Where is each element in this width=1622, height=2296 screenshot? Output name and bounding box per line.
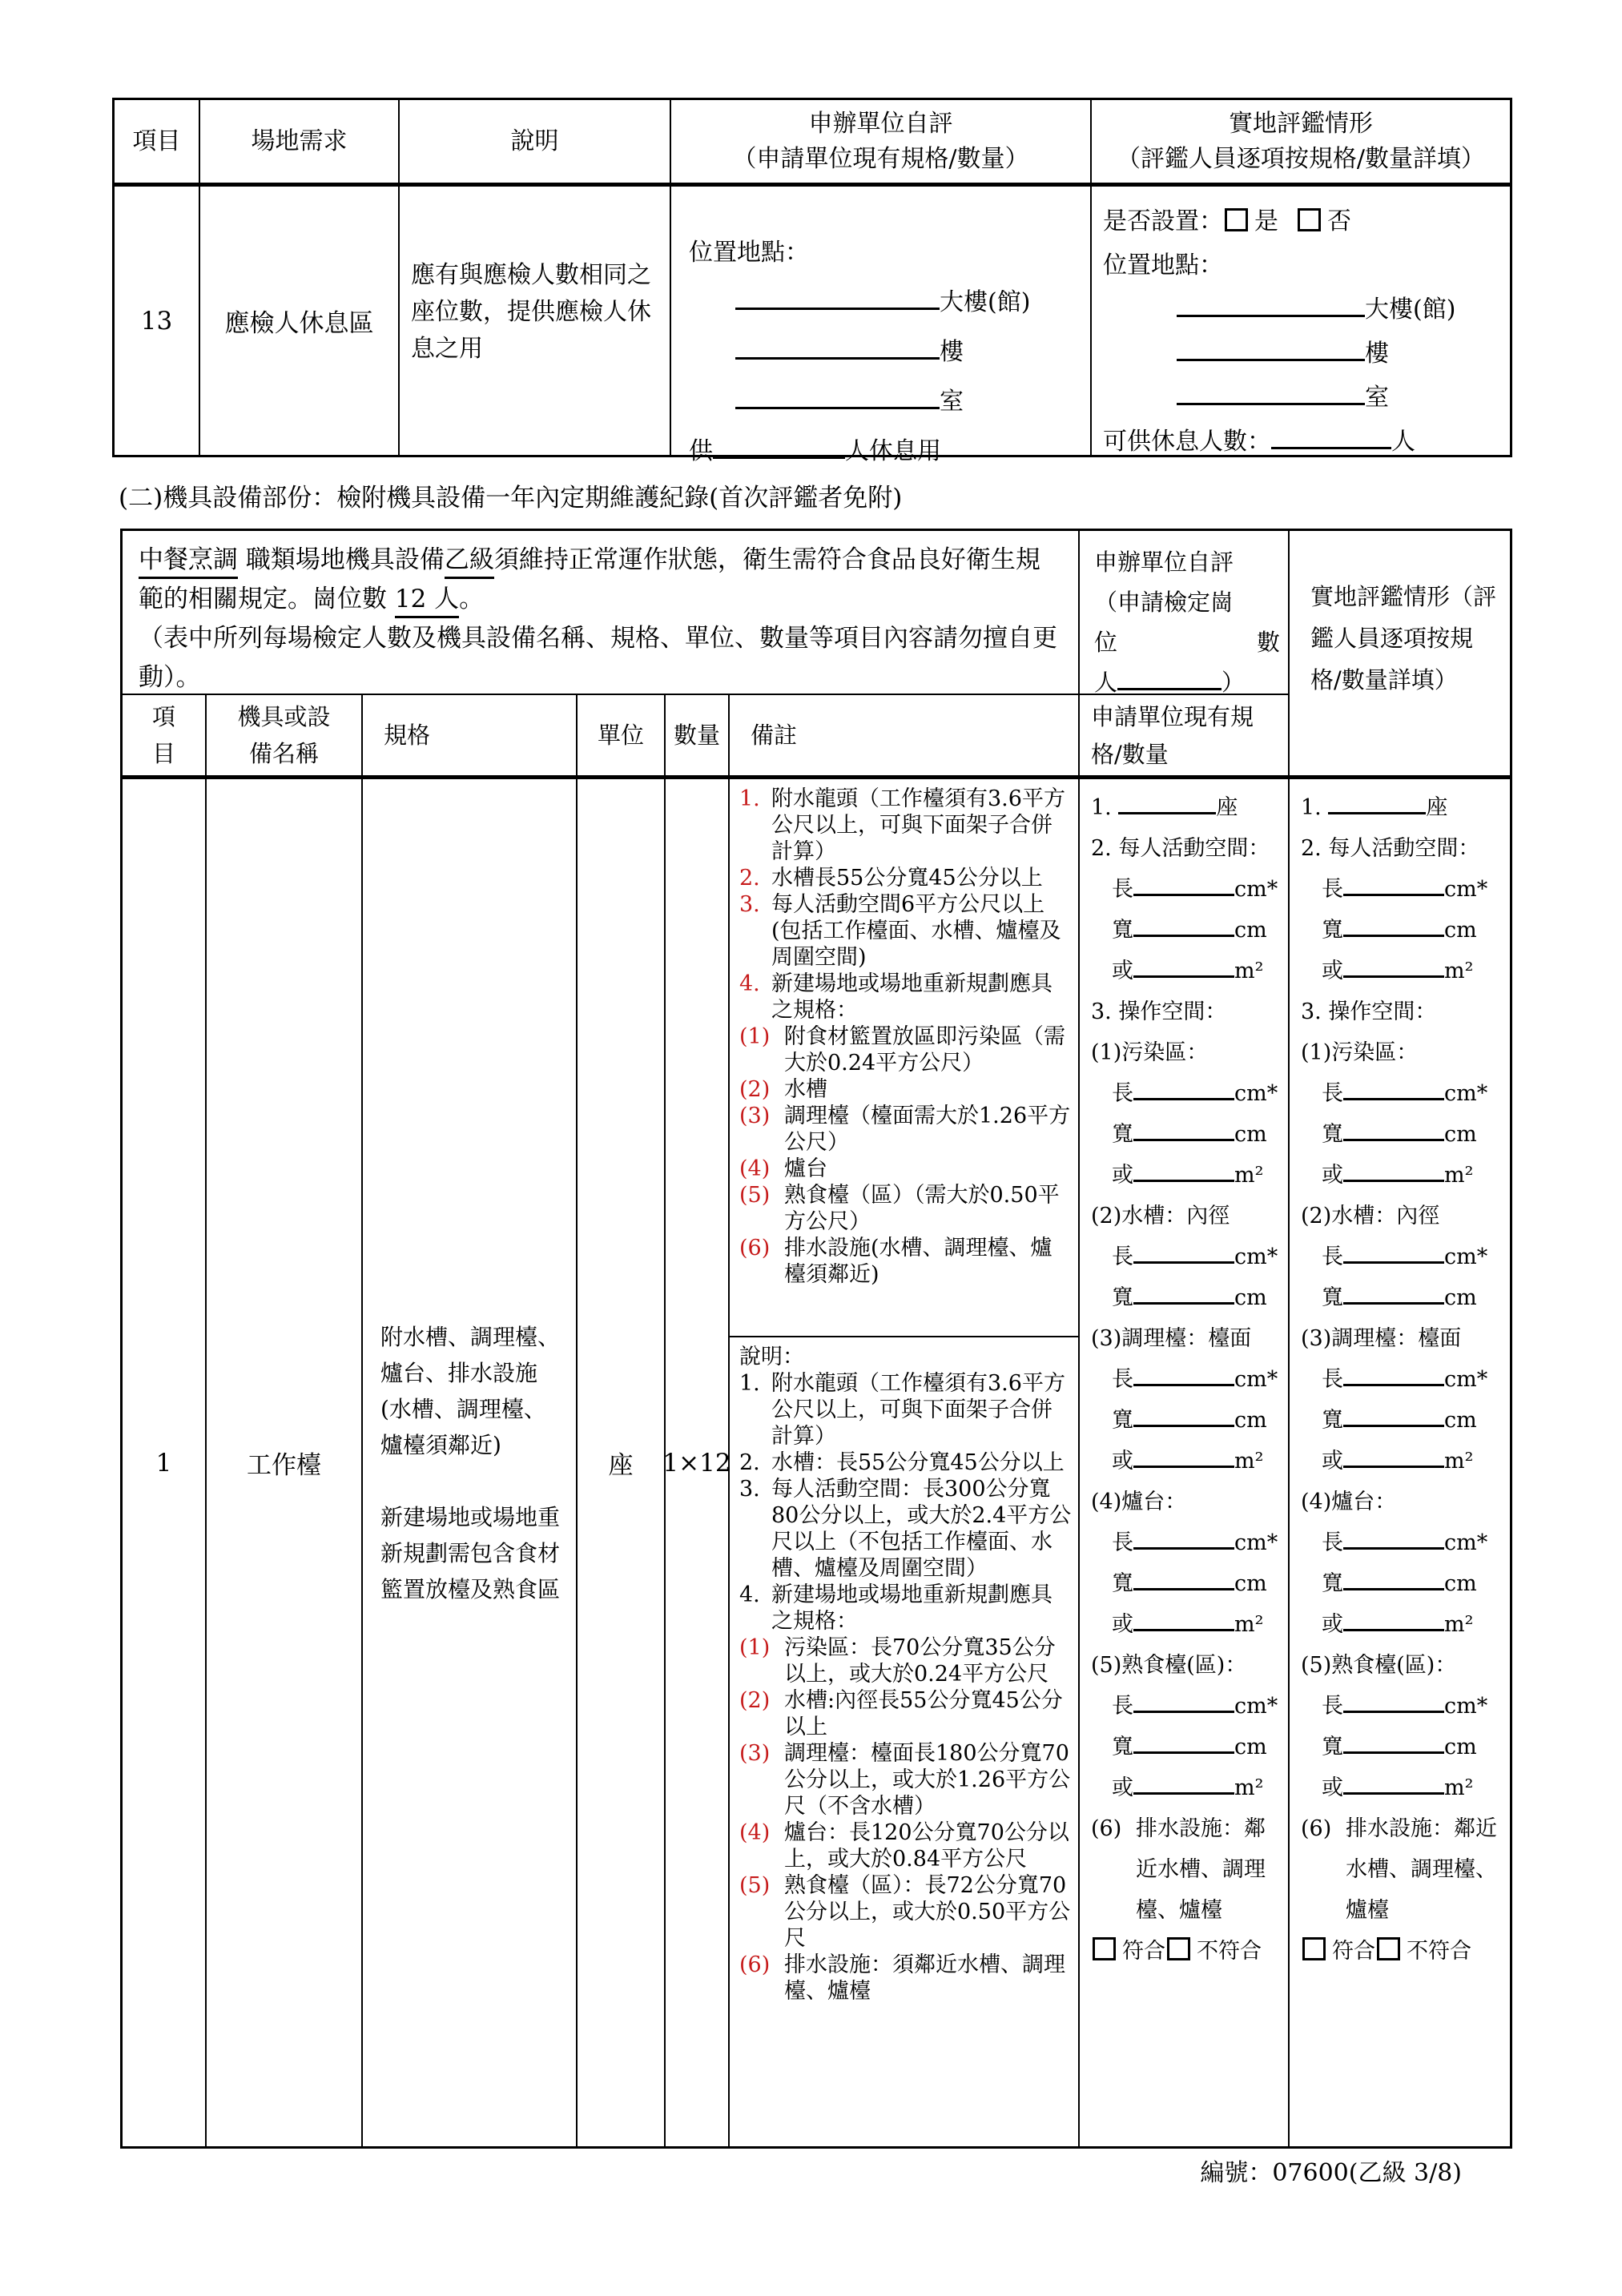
text-line: 樓 xyxy=(689,328,1082,377)
text-line: (1)附食材籃置放區即污染區（需大於0.24平方公尺） xyxy=(739,1023,1072,1076)
text-segment: 乙級 xyxy=(445,545,494,579)
text-segment: 長 xyxy=(1112,1694,1133,1719)
row13-self-eval-cell: 位置地點：大樓(館)樓室供人休息用 xyxy=(671,187,1092,455)
text-segment: 1. xyxy=(1091,795,1118,820)
text-line: 長cm* xyxy=(1301,869,1505,910)
checkbox[interactable] xyxy=(1298,208,1321,231)
text-line: (4)爐台： xyxy=(1091,1482,1283,1522)
blank-field[interactable] xyxy=(1343,1120,1444,1141)
checkbox[interactable] xyxy=(1093,1937,1116,1960)
text-segment: 樓 xyxy=(940,338,964,366)
header-self-eval: 申辦單位自評 （申請單位現有規格/數量） xyxy=(671,100,1092,183)
header-venue: 場地需求 xyxy=(200,100,400,183)
row1-name: 工作檯 xyxy=(207,779,363,2146)
text-segment: 符合 xyxy=(1332,1939,1375,1964)
row13-onsite-eval-cell: 是否設置：是否位置地點：大樓(館)樓室可供休息人數：人 xyxy=(1092,187,1510,455)
text-segment: 長 xyxy=(1322,1081,1343,1106)
text-line: 或m² xyxy=(1301,1441,1505,1482)
col-header-name-label: 機具或設備名稱 xyxy=(233,698,334,772)
list-marker: 3. xyxy=(739,891,771,918)
col-header-name: 機具或設備名稱 xyxy=(207,695,363,775)
text-line: 規格 xyxy=(384,717,430,754)
text-line: 是否設置：是否 xyxy=(1103,199,1503,243)
header-onsite-eval-line1: 實地評鑑情形 xyxy=(1229,107,1373,142)
list-marker: (3) xyxy=(739,1740,784,1767)
self-eval-fillin-cell: 1. 座2. 每人活動空間：長cm*寬cm或m²3. 操作空間：(1)污染區：長… xyxy=(1080,779,1288,1972)
list-marker: (3) xyxy=(739,1103,784,1129)
text-line: (4)爐台： xyxy=(1301,1482,1505,1522)
text-line: 2. 每人活動空間： xyxy=(1091,828,1283,869)
list-text: 水槽：長55公分寬45公分以上 xyxy=(771,1450,1072,1476)
text-line: 位置地點： xyxy=(1103,243,1503,288)
header-item-label: 項目 xyxy=(133,124,181,159)
text-segment: cm* xyxy=(1444,1367,1487,1392)
text-line: (5)熟食檯（區）：長72公分寬70公分以上，或大於0.50平方公尺 xyxy=(739,1872,1072,1952)
text-segment: 長 xyxy=(1322,877,1343,902)
text-segment: cm* xyxy=(1444,1245,1487,1269)
text-line: 或m² xyxy=(1091,1604,1283,1645)
list-marker: 1. xyxy=(739,1370,771,1397)
text-line: 寬cm xyxy=(1301,1400,1505,1441)
text-segment: cm* xyxy=(1234,1245,1278,1269)
list-text: 新建場地或場地重新規劃應具之規格： xyxy=(771,1582,1072,1635)
text-segment: 不符合 xyxy=(1197,1939,1262,1964)
equipment-intro-cell: 中餐烹調 職類場地機具設備乙級須維持正常運作狀態，衛生需符合食品良好衛生規範的相… xyxy=(123,531,1078,695)
text-line: 寬cm xyxy=(1301,1727,1505,1767)
blank-field[interactable] xyxy=(1133,1610,1234,1631)
text-segment: cm* xyxy=(1234,877,1278,902)
equipment-header-row: 項目 機具或設備名稱 規格 單位 數量 備註 xyxy=(123,695,1078,779)
text-line: 新建場地或場地重新規劃需包含食材籃置放檯及熟食區 xyxy=(380,1499,561,1607)
row1-note-cell: 1.附水龍頭（工作檯須有3.6平方公尺以上，可與下面架子合併計算）2.水槽長55… xyxy=(730,779,1078,2146)
text-line: 或m² xyxy=(1091,1767,1283,1808)
text-line: 長cm* xyxy=(1301,1236,1505,1277)
text-segment: cm xyxy=(1234,1735,1267,1759)
text-line: 3. 操作空間： xyxy=(1301,991,1505,1032)
text-line: 3.每人活動空間6平方公尺以上(包括工作檯面、水槽、爐檯及周圍空間) xyxy=(739,891,1072,971)
blank-field[interactable] xyxy=(1271,425,1391,449)
text-segment: (5)熟食檯(區)： xyxy=(1091,1653,1246,1678)
blank-field[interactable] xyxy=(1343,1732,1444,1754)
text-segment: 人 xyxy=(1094,669,1117,696)
text-line: 符合不符合 xyxy=(1301,1931,1505,1972)
text-segment: 可供休息人數： xyxy=(1103,428,1271,456)
text-line: 申辦單位自評 xyxy=(1094,542,1280,582)
text-segment: 中餐烹調 xyxy=(139,545,238,579)
text-line: 位數 xyxy=(1094,622,1280,662)
text-segment: 或 xyxy=(1322,1163,1343,1188)
text-segment: cm xyxy=(1234,1285,1267,1310)
text-line: 長cm* xyxy=(1301,1359,1505,1400)
section2-heading: (二)機具設備部份：檢附機具設備一年內定期維護紀錄(首次評鑑者免附) xyxy=(119,477,902,513)
text-segment: 是否設置： xyxy=(1103,207,1223,235)
text-segment: 申辦單位自評 xyxy=(1094,549,1234,576)
blank-field[interactable] xyxy=(1343,1079,1444,1100)
text-segment: 符合 xyxy=(1122,1939,1165,1964)
text-line: 或m² xyxy=(1091,951,1283,991)
text-line: (2)水槽:內徑長55公分寬45公分以上 xyxy=(739,1687,1072,1740)
text-line: 長cm* xyxy=(1091,1073,1283,1114)
text-segment: m² xyxy=(1234,1612,1263,1637)
blank-field[interactable] xyxy=(1133,1242,1234,1264)
text-line: 大樓(館) xyxy=(1103,288,1503,332)
text-segment: 格 xyxy=(407,717,430,754)
text-line: 寬cm xyxy=(1091,1563,1283,1604)
list-marker: (1) xyxy=(739,1023,784,1050)
text-segment: 備 xyxy=(751,717,774,754)
text-line: 長cm* xyxy=(1301,1522,1505,1563)
text-line: (3)調理檯：檯面 xyxy=(1301,1318,1505,1359)
blank-field[interactable] xyxy=(1133,1773,1234,1795)
text-line: 室 xyxy=(689,377,1082,427)
blank-field[interactable] xyxy=(713,435,845,459)
text-line: 長cm* xyxy=(1301,1686,1505,1727)
text-segment: cm* xyxy=(1444,1530,1487,1555)
text-segment: 長 xyxy=(1112,1530,1133,1555)
list-marker: (2) xyxy=(739,1076,784,1103)
blank-field[interactable] xyxy=(1343,915,1444,937)
self-eval-header-cell: 申辦單位自評（申請檢定崗位數人） xyxy=(1080,531,1288,695)
text-segment: 大樓(館) xyxy=(940,288,1030,316)
text-segment: cm* xyxy=(1234,1081,1278,1106)
text-segment: 寬 xyxy=(1322,1571,1343,1596)
text-line: 或m² xyxy=(1301,1155,1505,1196)
list-text: 調理檯：檯面長180公分寬70公分以上，或大於1.26平方公尺（不含水槽） xyxy=(784,1740,1072,1820)
text-line: 寬cm xyxy=(1301,1563,1505,1604)
text-line: 長cm* xyxy=(1091,1359,1283,1400)
text-segment: 座 xyxy=(1426,795,1447,820)
text-segment: cm xyxy=(1234,1571,1267,1596)
text-segment: 長 xyxy=(1112,877,1133,902)
blank-field[interactable] xyxy=(1343,956,1444,978)
text-line: (3)調理檯：檯面長180公分寬70公分以上，或大於1.26平方公尺（不含水槽） xyxy=(739,1740,1072,1820)
blank-field[interactable] xyxy=(1343,1773,1444,1795)
col-header-note: 備註 xyxy=(730,695,1078,775)
col-header-unit: 單位 xyxy=(578,695,666,775)
form-code: 編號：07600(乙級 3/8) xyxy=(0,2153,1462,2188)
text-line: 寬cm xyxy=(1301,1114,1505,1155)
blank-field[interactable] xyxy=(1343,1446,1444,1468)
text-segment: 長 xyxy=(1322,1694,1343,1719)
text-line: (3)調理檯：檯面 xyxy=(1091,1318,1283,1359)
blank-field[interactable] xyxy=(735,385,940,409)
text-line: 供人休息用 xyxy=(689,427,1082,476)
blank-field[interactable] xyxy=(1133,1120,1234,1141)
text-line xyxy=(380,1463,561,1499)
text-segment: m² xyxy=(1234,959,1263,983)
row1-unit: 座 xyxy=(578,779,666,2146)
text-line: 室 xyxy=(1103,376,1503,420)
text-segment: cm xyxy=(1234,1408,1267,1433)
text-segment: 或 xyxy=(1112,1163,1133,1188)
text-segment: （表中所列每場檢定人數及機具設備名稱、規格、單位、數量等項目內容請勿擅自更動）。 xyxy=(139,624,1057,692)
list-marker: 2. xyxy=(739,1450,771,1476)
text-segment: 寬 xyxy=(1112,1122,1133,1147)
page: { "colors": { "red": "#c61a1a" }, "secti… xyxy=(0,0,1622,2296)
text-segment: 或 xyxy=(1112,1775,1133,1800)
row1-spec-cell: 附水槽、調理檯、爐台、排水設施(水槽、調理檯、爐檯須鄰近) 新建場地或場地重新規… xyxy=(363,779,578,2146)
text-line: (6)排水設施：鄰近水槽、調理檯、爐檯 xyxy=(1091,1808,1283,1931)
text-segment: 否 xyxy=(1327,207,1351,235)
list-text: 水槽 xyxy=(784,1076,1072,1103)
blank-field[interactable] xyxy=(1343,1160,1444,1182)
text-line: 寬cm xyxy=(1091,1727,1283,1767)
row1-note-explanation: 說明：1.附水龍頭（工作檯須有3.6平方公尺以上，可與下面架子合併計算）2.水槽… xyxy=(730,1337,1078,2146)
text-line: 寬cm xyxy=(1091,910,1283,951)
header-onsite-eval-line2: （評鑑人員逐項按規格/數量詳填） xyxy=(1117,142,1485,177)
text-segment: m² xyxy=(1234,1775,1263,1800)
text-line: 或m² xyxy=(1301,951,1505,991)
list-marker: 2. xyxy=(739,865,771,891)
row1-qty: 1×12 xyxy=(666,779,730,2146)
col-header-note-label: 備註 xyxy=(730,717,1078,754)
checkbox[interactable] xyxy=(1302,1937,1326,1960)
blank-field[interactable] xyxy=(1133,1079,1234,1100)
list-text: 熟食檯（區）：長72公分寬70公分以上，或大於0.50平方公尺 xyxy=(784,1872,1072,1952)
blank-field[interactable] xyxy=(1133,1569,1234,1590)
text-segment: cm* xyxy=(1444,1081,1487,1106)
blank-field[interactable] xyxy=(1343,1569,1444,1590)
blank-field[interactable] xyxy=(1133,915,1234,937)
text-segment: cm xyxy=(1234,1122,1267,1147)
equipment-table-onsite-band: 實地評鑑情形（評鑑人員逐項按規格/數量詳填） 1. 座2. 每人活動空間：長cm… xyxy=(1290,531,1510,2146)
text-segment: 寬 xyxy=(1112,1285,1133,1310)
blank-field[interactable] xyxy=(1343,1365,1444,1386)
list-text: 附水龍頭（工作檯須有3.6平方公尺以上，可與下面架子合併計算） xyxy=(771,1370,1072,1450)
text-segment: 。 xyxy=(459,585,484,613)
row1-item-no: 1 xyxy=(123,779,207,2146)
col-header-item-label: 項目 xyxy=(151,698,177,772)
text-segment: m² xyxy=(1444,1449,1473,1474)
list-marker: (6) xyxy=(1301,1808,1346,1849)
text-line: 說明： xyxy=(739,1344,1072,1370)
list-marker: 3. xyxy=(739,1476,771,1502)
text-segment: 人休息用 xyxy=(845,437,941,465)
list-text: 排水設施：鄰近水槽、調理檯、爐檯 xyxy=(1136,1808,1283,1931)
text-segment: 或 xyxy=(1112,1449,1133,1474)
onsite-eval-fillin-cell: 1. 座2. 每人活動空間：長cm*寬cm或m²3. 操作空間：(1)污染區：長… xyxy=(1290,779,1510,1972)
text-segment: 位置地點： xyxy=(1103,251,1223,279)
text-line: 3.每人活動空間：長300公分寬80公分以上，或大於2.4平方公尺以上（不包括工… xyxy=(739,1476,1072,1582)
blank-field[interactable] xyxy=(735,286,940,310)
blank-field[interactable] xyxy=(1177,293,1365,317)
text-line: 大樓(館) xyxy=(689,278,1082,328)
blank-field[interactable] xyxy=(1133,1365,1234,1386)
text-segment: (2)水槽：內徑 xyxy=(1301,1204,1439,1228)
text-segment: （申請檢定崗 xyxy=(1094,589,1234,616)
blank-field[interactable] xyxy=(735,336,940,360)
text-line: 4.新建場地或場地重新規劃應具之規格： xyxy=(739,971,1072,1023)
text-line: 寬cm xyxy=(1091,1277,1283,1318)
text-segment: m² xyxy=(1444,1163,1473,1188)
text-segment: 寬 xyxy=(1322,918,1343,943)
text-segment: m² xyxy=(1234,1449,1263,1474)
text-segment: 寬 xyxy=(1112,1571,1133,1596)
text-line: 或m² xyxy=(1091,1441,1283,1482)
text-segment: 是 xyxy=(1254,207,1278,235)
blank-field[interactable] xyxy=(1133,1732,1234,1754)
text-line: 3. 操作空間： xyxy=(1091,991,1283,1032)
text-segment: 或 xyxy=(1322,1775,1343,1800)
text-segment: 人 xyxy=(1391,428,1415,456)
text-line: 樓 xyxy=(1103,332,1503,376)
row13-item-no: 13 xyxy=(115,187,200,455)
text-line: 4.新建場地或場地重新規劃應具之規格： xyxy=(739,1582,1072,1635)
text-segment: m² xyxy=(1234,1163,1263,1188)
text-segment: 3. 操作空間： xyxy=(1091,999,1226,1024)
text-line: 寬cm xyxy=(1301,1277,1505,1318)
row13-description: 應有與應檢人數相同之座位數，提供應檢人休息之用 xyxy=(400,187,671,455)
text-segment: ） xyxy=(1222,669,1245,696)
list-text: 爐台 xyxy=(784,1156,1072,1182)
col-header-item: 項目 xyxy=(123,695,207,775)
text-segment: 數 xyxy=(1257,622,1280,662)
text-segment: cm xyxy=(1234,918,1267,943)
text-segment: (5)熟食檯(區)： xyxy=(1301,1653,1456,1678)
row1-note-requirements: 1.附水龍頭（工作檯須有3.6平方公尺以上，可與下面架子合併計算）2.水槽長55… xyxy=(730,779,1078,1337)
text-segment: cm xyxy=(1444,1571,1477,1596)
blank-field[interactable] xyxy=(1343,1283,1444,1305)
text-line: 2.水槽長55公分寬45公分以上 xyxy=(739,865,1072,891)
blank-field[interactable] xyxy=(1133,875,1234,896)
text-segment: 或 xyxy=(1112,959,1133,983)
text-segment: 規 xyxy=(384,717,407,754)
text-segment: 長 xyxy=(1322,1530,1343,1555)
text-line: (1)污染區：長70公分寬35公分以上，或大於0.24平方公尺 xyxy=(739,1635,1072,1687)
text-segment: 寬 xyxy=(1112,918,1133,943)
blank-field[interactable] xyxy=(1133,1283,1234,1305)
text-segment: 12 人 xyxy=(395,585,459,618)
text-segment: (3)調理檯：檯面 xyxy=(1091,1326,1251,1351)
blank-field[interactable] xyxy=(1133,1691,1234,1713)
checkbox[interactable] xyxy=(1167,1937,1190,1960)
list-marker: 4. xyxy=(739,1582,771,1608)
text-segment: (4)爐台： xyxy=(1301,1490,1396,1514)
text-segment: 或 xyxy=(1112,1612,1133,1637)
text-segment: 位 xyxy=(1094,622,1117,662)
blank-field[interactable] xyxy=(1177,381,1365,405)
blank-field[interactable] xyxy=(1133,956,1234,978)
list-marker: (5) xyxy=(739,1872,784,1899)
text-line: (2)水槽：內徑 xyxy=(1091,1196,1283,1236)
text-segment: 寬 xyxy=(1322,1408,1343,1433)
col-header-qty-label: 數量 xyxy=(674,717,720,754)
text-line: 寬cm xyxy=(1301,910,1505,951)
text-segment: 或 xyxy=(1322,1449,1343,1474)
list-marker: (6) xyxy=(739,1235,784,1261)
text-segment: 室 xyxy=(940,388,964,416)
list-text: 水槽長55公分寬45公分以上 xyxy=(771,865,1072,891)
blank-field[interactable] xyxy=(1118,793,1216,814)
onsite-eval-header-cell: 實地評鑑情形（評鑑人員逐項按規格/數量詳填） xyxy=(1290,531,1510,779)
text-line: (6)排水設施：須鄰近水槽、調理檯、爐檯 xyxy=(739,1952,1072,2004)
text-segment: (1)污染區： xyxy=(1091,1040,1208,1065)
blank-field[interactable] xyxy=(1133,1160,1234,1182)
text-segment: 寬 xyxy=(1112,1408,1133,1433)
text-line: 1. 座 xyxy=(1091,787,1283,828)
list-marker: (6) xyxy=(1091,1808,1136,1849)
blank-field[interactable] xyxy=(1177,337,1365,361)
text-line: 1. 座 xyxy=(1301,787,1505,828)
text-segment: 註 xyxy=(774,717,797,754)
text-line: 1.附水龍頭（工作檯須有3.6平方公尺以上，可與下面架子合併計算） xyxy=(739,786,1072,865)
text-line: 或m² xyxy=(1301,1767,1505,1808)
text-segment: cm* xyxy=(1444,877,1487,902)
text-segment: m² xyxy=(1444,959,1473,983)
text-segment: cm xyxy=(1444,1735,1477,1759)
header-onsite-eval: 實地評鑑情形 （評鑑人員逐項按規格/數量詳填） xyxy=(1092,100,1510,183)
text-segment: 職類場地機具設備 xyxy=(238,545,445,574)
text-line: 2. 每人活動空間： xyxy=(1301,828,1505,869)
blank-field[interactable] xyxy=(1343,875,1444,896)
text-segment: m² xyxy=(1444,1612,1473,1637)
col-header-unit-label: 單位 xyxy=(598,717,644,754)
text-line: (4)爐台：長120公分寬70公分以上，或大於0.84平方公尺 xyxy=(739,1820,1072,1872)
blank-field[interactable] xyxy=(1343,1405,1444,1427)
blank-field[interactable] xyxy=(1133,1528,1234,1550)
text-line: (1)污染區： xyxy=(1301,1032,1505,1073)
text-line: 備註 xyxy=(751,717,797,754)
text-segment: 1. xyxy=(1301,795,1328,820)
blank-field[interactable] xyxy=(1328,793,1426,814)
text-segment: cm* xyxy=(1234,1694,1278,1719)
text-line: 1.附水龍頭（工作檯須有3.6平方公尺以上，可與下面架子合併計算） xyxy=(739,1370,1072,1450)
text-line: (5)熟食檯(區)： xyxy=(1091,1645,1283,1686)
text-line: (6)排水設施(水槽、調理檯、爐檯須鄰近) xyxy=(739,1235,1072,1288)
text-line: (4)爐台 xyxy=(739,1156,1072,1182)
text-segment: 長 xyxy=(1112,1367,1133,1392)
text-segment: 2. 每人活動空間： xyxy=(1301,836,1479,861)
blank-field[interactable] xyxy=(1343,1528,1444,1550)
header-venue-label: 場地需求 xyxy=(252,124,348,159)
text-segment: (3)調理檯：檯面 xyxy=(1301,1326,1461,1351)
blank-field[interactable] xyxy=(1133,1446,1234,1468)
text-segment: 長 xyxy=(1112,1245,1133,1269)
checkbox[interactable] xyxy=(1377,1937,1400,1960)
text-segment: 室 xyxy=(1365,384,1389,412)
blank-field[interactable] xyxy=(1117,667,1222,690)
col-header-spec: 規格 xyxy=(363,695,578,775)
checkbox[interactable] xyxy=(1225,208,1248,231)
list-text: 附食材籃置放區即污染區（需大於0.24平方公尺） xyxy=(784,1023,1072,1076)
blank-field[interactable] xyxy=(1343,1691,1444,1713)
list-text: 每人活動空間：長300公分寬80公分以上，或大於2.4平方公尺以上（不包括工作檯… xyxy=(771,1476,1072,1582)
equipment-table-self-band: 申辦單位自評（申請檢定崗位數人） 申請單位現有規格/數量 1. 座2. 每人活動… xyxy=(1080,531,1290,2146)
blank-field[interactable] xyxy=(1133,1405,1234,1427)
text-segment: cm xyxy=(1444,1408,1477,1433)
equipment-table-left-band: 中餐烹調 職類場地機具設備乙級須維持正常運作狀態，衛生需符合食品良好衛生規範的相… xyxy=(123,531,1080,2146)
blank-field[interactable] xyxy=(1343,1242,1444,1264)
list-text: 排水設施：須鄰近水槽、調理檯、爐檯 xyxy=(784,1952,1072,2004)
text-line: 或m² xyxy=(1091,1155,1283,1196)
text-segment: 供 xyxy=(689,437,713,465)
text-segment: 寬 xyxy=(1322,1735,1343,1759)
text-line: 2.水槽：長55公分寬45公分以上 xyxy=(739,1450,1072,1476)
text-segment: 不符合 xyxy=(1407,1939,1471,1964)
list-text: 附水龍頭（工作檯須有3.6平方公尺以上，可與下面架子合併計算） xyxy=(771,786,1072,865)
col-header-qty: 數量 xyxy=(666,695,730,775)
col-header-spec-label: 規格 xyxy=(363,717,576,754)
text-line: (5)熟食檯(區)： xyxy=(1301,1645,1505,1686)
text-segment: 長 xyxy=(1322,1367,1343,1392)
blank-field[interactable] xyxy=(1343,1610,1444,1631)
text-segment: 或 xyxy=(1322,1612,1343,1637)
row13-venue: 應檢人休息區 xyxy=(200,187,400,455)
text-segment: 寬 xyxy=(1112,1735,1133,1759)
text-line: 寬cm xyxy=(1091,1114,1283,1155)
text-line: 可供休息人數：人 xyxy=(1103,420,1503,464)
equipment-row-1: 1 工作檯 附水槽、調理檯、爐台、排水設施(水槽、調理檯、爐檯須鄰近) 新建場地… xyxy=(123,779,1078,2146)
